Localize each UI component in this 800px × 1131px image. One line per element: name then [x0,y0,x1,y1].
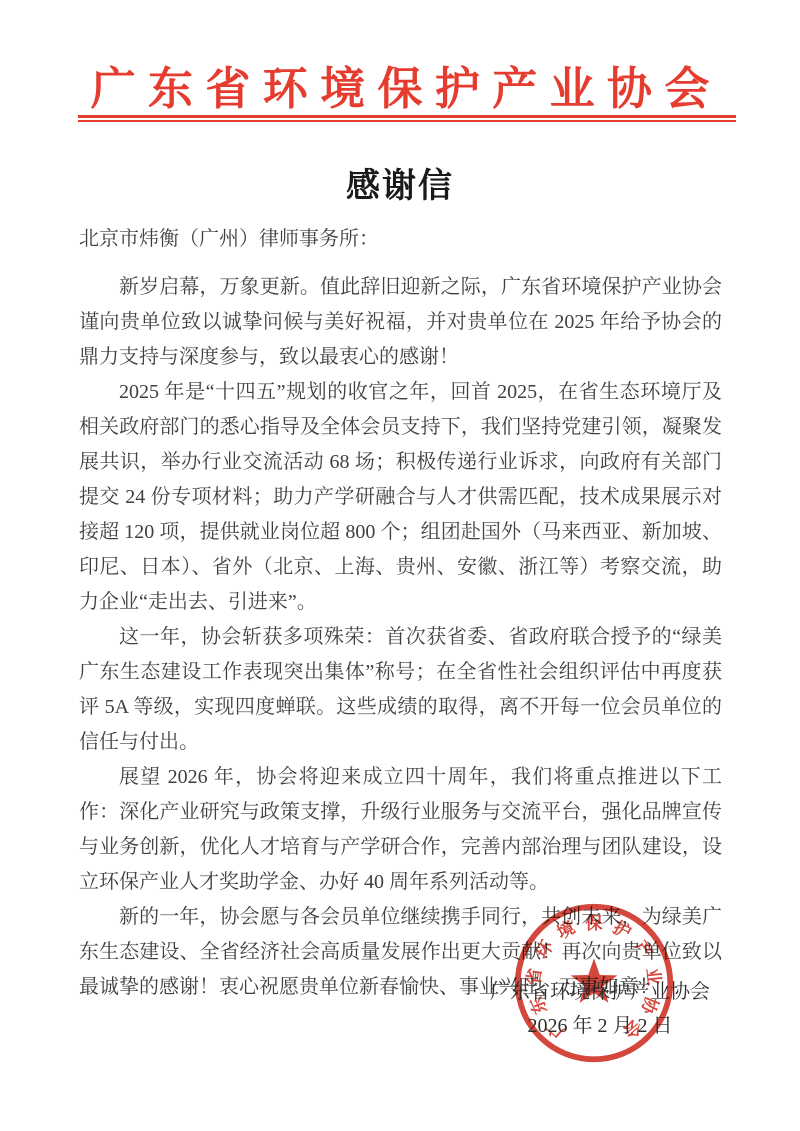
letter-body: 北京市炜衡（广州）律师事务所： 新岁启幕，万象更新。值此辞旧迎新之际，广东省环境… [79,222,722,1005]
letterhead-org-name: 广东省环境保护产业协会 [0,52,800,117]
svg-text:环: 环 [532,937,558,963]
rule-thin-line [78,120,736,122]
svg-text:境: 境 [553,917,578,943]
letter-page: 广东省环境保护产业协会 感谢信 北京市炜衡（广州）律师事务所： 新岁启幕，万象更… [0,0,800,1131]
signature-block: 广东省环境保护产业协会 2026 年 2 月 2 日 [490,975,710,1043]
letter-paragraph: 新岁启幕，万象更新。值此辞旧迎新之际，广东省环境保护产业协会谨向贵单位致以诚挚问… [79,270,722,375]
letter-title: 感谢信 [0,158,800,207]
letter-paragraph: 展望 2026 年，协会将迎来成立四十周年，我们将重点推进以下工作：深化产业研究… [79,760,722,900]
signature-date: 2026 年 2 月 2 日 [490,1009,710,1043]
addressee: 北京市炜衡（广州）律师事务所： [79,222,722,257]
letterhead-rule [78,115,736,122]
letter-paragraphs: 新岁启幕，万象更新。值此辞旧迎新之际，广东省环境保护产业协会谨向贵单位致以诚挚问… [79,270,722,1005]
svg-text:护: 护 [610,917,635,943]
svg-text:保: 保 [585,913,603,933]
svg-text:产: 产 [631,937,657,962]
letterhead: 广东省环境保护产业协会 [0,52,800,117]
letter-paragraph: 这一年，协会斩获多项殊荣：首次获省委、省政府联合授予的“绿美广东生态建设工作表现… [79,620,722,760]
signature-org: 广东省环境保护产业协会 [490,975,710,1009]
letter-paragraph: 2025 年是“十四五”规划的收官之年，回首 2025，在省生态环境厅及相关政府… [79,375,722,620]
